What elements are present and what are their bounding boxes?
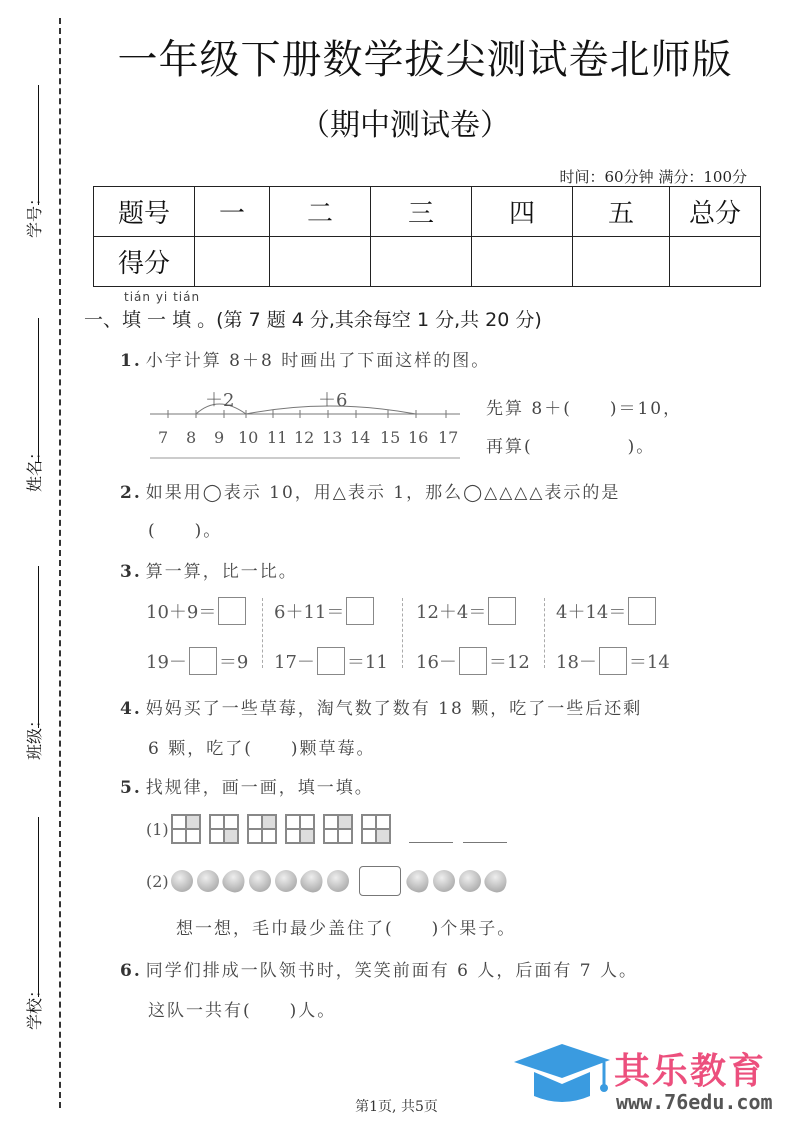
exam-meta: 时间：60分钟 满分：100分	[560, 166, 748, 187]
towel-icon	[359, 866, 401, 896]
school-label: 学校：	[22, 982, 45, 1030]
column-divider	[402, 598, 403, 668]
header-cell: 一	[195, 187, 270, 237]
name-label: 姓名：	[22, 444, 45, 492]
pear-icon	[403, 866, 432, 895]
number-line-ticks: 7891011121314151617	[158, 428, 468, 447]
pear-icon	[481, 866, 510, 895]
number-line-diagram	[148, 382, 464, 462]
apple-icon	[171, 870, 193, 892]
score-table: 题号 一 二 三 四 五 总分 得分	[93, 186, 761, 287]
section-1-title: 一、填 一 填 。(第 7 题 4 分,其余每空 1 分,共 20 分)	[84, 305, 542, 332]
question-text: 小宇计算 8＋8 时画出了下面这样的图。	[146, 351, 490, 371]
apple-icon	[275, 870, 297, 892]
q2-answer-blank: ( )。	[148, 516, 222, 541]
brand-name: 其乐教育	[614, 1043, 766, 1094]
answer-box[interactable]	[317, 647, 345, 675]
answer-box[interactable]	[628, 597, 656, 625]
grid-icon	[361, 814, 391, 844]
section-pinyin: tián yi tián	[124, 290, 200, 304]
name-field[interactable]	[38, 318, 39, 463]
equation: 10＋9＝	[146, 597, 248, 625]
grid-icon	[323, 814, 353, 844]
apple-icon	[459, 870, 481, 892]
equation: 18－＝14	[556, 647, 670, 675]
class-field[interactable]	[38, 566, 39, 728]
header-cell: 四	[472, 187, 573, 237]
student-id-label: 学号：	[22, 190, 45, 238]
score-row-label: 得分	[94, 237, 195, 287]
equation: 16－＝12	[416, 647, 530, 675]
answer-box[interactable]	[189, 647, 217, 675]
grid-icon	[247, 814, 277, 844]
school-field[interactable]	[38, 817, 39, 997]
exam-title: 一年级下册数学拔尖测试卷北师版	[100, 28, 750, 85]
score-table-header-row: 题号 一 二 三 四 五 总分	[94, 187, 761, 237]
class-label: 班级：	[22, 712, 45, 760]
answer-box[interactable]	[599, 647, 627, 675]
page-number: 第1页, 共5页	[0, 1096, 793, 1116]
score-cell[interactable]	[472, 237, 573, 287]
equation: 19－＝9	[146, 647, 248, 675]
question-5: 5.找规律，画一画，填一填。	[120, 773, 374, 798]
pear-icon	[297, 866, 326, 895]
question-6: 6.同学们排成一队领书时，笑笑前面有 6 人，后面有 7 人。	[120, 956, 638, 981]
q6-answer-line: 这队一共有( )人。	[148, 996, 336, 1021]
header-cell: 二	[270, 187, 371, 237]
answer-box[interactable]	[346, 597, 374, 625]
binding-dashed-line	[59, 18, 61, 1108]
exam-subtitle: （期中测试卷）	[300, 100, 510, 144]
equation: 4＋14＝	[556, 597, 658, 625]
question-2: 2.如果用◯表示 10，用△表示 1，那么◯△△△△表示的是	[120, 478, 620, 503]
jump-label-plus2: ＋2	[205, 386, 234, 412]
answer-box[interactable]	[488, 597, 516, 625]
jump-label-plus6: ＋6	[318, 386, 347, 412]
equation: 12＋4＝	[416, 597, 518, 625]
header-cell: 总分	[670, 187, 761, 237]
grid-icon	[209, 814, 239, 844]
q1-blank-line-1: 先算 8＋( )＝10，	[486, 394, 682, 419]
header-cell: 三	[371, 187, 472, 237]
apple-icon	[249, 870, 271, 892]
draw-blank-1[interactable]	[409, 816, 453, 843]
q4-answer-line: 6 颗，吃了( )颗草莓。	[148, 734, 375, 759]
question-4: 4.妈妈买了一些草莓，淘气数了数有 18 颗，吃了一些后还剩	[120, 694, 642, 719]
score-cell[interactable]	[195, 237, 270, 287]
score-table-score-row: 得分	[94, 237, 761, 287]
equation: 17－＝11	[274, 647, 388, 675]
header-cell: 题号	[94, 187, 195, 237]
score-cell[interactable]	[573, 237, 670, 287]
answer-box[interactable]	[459, 647, 487, 675]
question-3: 3.算一算，比一比。	[120, 557, 298, 582]
apple-icon	[433, 870, 455, 892]
header-cell: 五	[573, 187, 670, 237]
fruit-sequence: (2)	[146, 866, 511, 896]
score-cell[interactable]	[670, 237, 761, 287]
equation: 6＋11＝	[274, 597, 376, 625]
pattern-grids: (1)	[146, 814, 507, 844]
grid-icon	[285, 814, 315, 844]
column-divider	[262, 598, 263, 668]
question-1: 1.小宇计算 8＋8 时画出了下面这样的图。	[120, 346, 490, 371]
score-cell[interactable]	[371, 237, 472, 287]
score-cell[interactable]	[270, 237, 371, 287]
pear-icon	[219, 866, 248, 895]
student-id-field[interactable]	[38, 85, 39, 205]
grid-icon	[171, 814, 201, 844]
answer-box[interactable]	[218, 597, 246, 625]
q1-blank-line-2: 再算( )。	[486, 432, 655, 457]
q5-think-line: 想一想，毛巾最少盖住了( )个果子。	[176, 914, 516, 939]
apple-icon	[197, 870, 219, 892]
column-divider	[544, 598, 545, 668]
question-number: 1.	[120, 351, 142, 371]
draw-blank-2[interactable]	[463, 816, 507, 843]
apple-icon	[327, 870, 349, 892]
